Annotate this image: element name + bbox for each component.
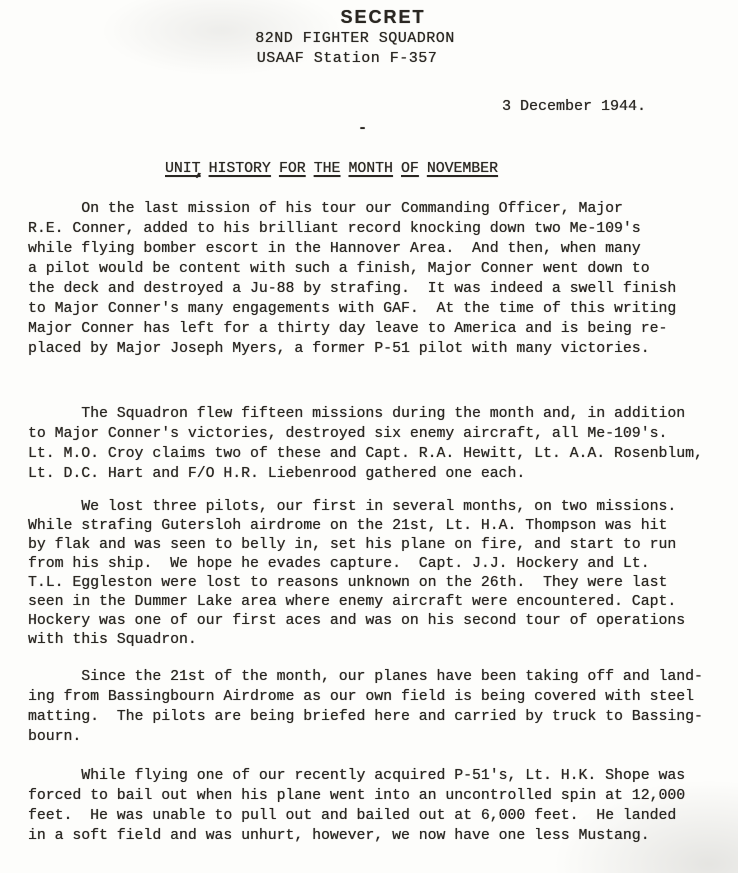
title-word: THE bbox=[314, 161, 341, 177]
dash-mark: - bbox=[358, 120, 367, 137]
title-word: HISTORY bbox=[209, 161, 271, 177]
document-page: SECRET 82ND FIGHTER SQUADRON USAAF Stati… bbox=[0, 0, 738, 873]
date-line: 3 December 1944. bbox=[0, 99, 738, 115]
paragraph-squadron-missions: The Squadron flew fifteen missions durin… bbox=[28, 404, 724, 484]
title-word: OF bbox=[401, 161, 419, 177]
title-word: FOR bbox=[279, 161, 306, 177]
classification-stamp: SECRET bbox=[14, 5, 738, 29]
paragraph-bassingbourn: Since the 21st of the month, our planes … bbox=[28, 667, 724, 747]
paragraph-shope-bailout: While flying one of our recently acquire… bbox=[28, 766, 724, 846]
stray-ink-mark: ’ bbox=[190, 171, 204, 192]
title-word: NOVEMBER bbox=[427, 161, 498, 177]
title-word: MONTH bbox=[348, 161, 392, 177]
station-line: USAAF Station F-357 bbox=[0, 49, 716, 69]
document-title: UNITHISTORYFORTHEMONTHOFNOVEMBER bbox=[165, 159, 738, 179]
unit-name: 82ND FIGHTER SQUADRON bbox=[0, 29, 724, 49]
paragraph-pilots-lost: We lost three pilots, our first in sever… bbox=[28, 498, 724, 650]
document-body: On the last mission of his tour our Comm… bbox=[0, 199, 738, 846]
paragraph-conner-victories: On the last mission of his tour our Comm… bbox=[28, 199, 724, 359]
